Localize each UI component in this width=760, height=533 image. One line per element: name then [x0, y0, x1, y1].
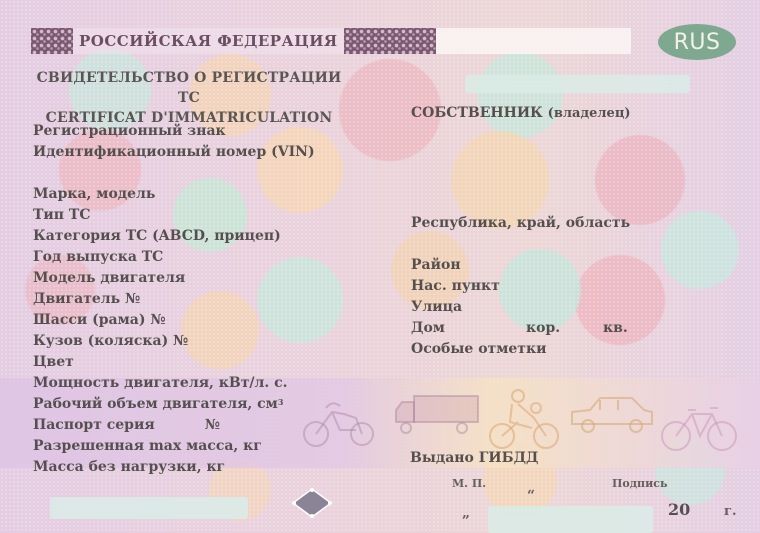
document-title-ru: СВИДЕТЕЛЬСТВО О РЕГИСТРАЦИИ ТС	[33, 68, 345, 108]
owner-heading: СОБСТВЕННИК (владелец)	[411, 105, 631, 121]
redacted-field-date	[488, 506, 653, 533]
vehicle-fields: Регистрационный знак Идентификационный н…	[33, 121, 315, 478]
field-region: Республика, край, область	[411, 213, 630, 234]
field-chassis-number: Шасси (рама) №	[33, 310, 315, 331]
field-apartment: кв.	[603, 318, 628, 339]
field-locality: Нас. пункт	[411, 276, 630, 297]
superscript-3: 3	[278, 397, 284, 407]
field-engine-model: Модель двигателя	[33, 268, 315, 289]
field-year: Год выпуска ТС	[33, 247, 315, 268]
redacted-field-bottom-left	[50, 497, 248, 519]
motorbike-rider-icon	[488, 388, 560, 452]
lace-ornament-left	[31, 28, 73, 54]
field-passport-label: Паспорт серия	[33, 417, 155, 433]
field-unladen-mass: Масса без нагрузки, кг	[33, 457, 315, 478]
field-category: Категория ТС (ABCD, прицеп)	[33, 226, 315, 247]
field-spacer	[411, 234, 630, 255]
field-make-model: Марка, модель	[33, 184, 315, 205]
bicycle-icon	[660, 406, 740, 452]
owner-title: СОБСТВЕННИК	[411, 105, 543, 121]
year-prefix: 20	[668, 500, 690, 519]
lace-ornament-right	[344, 28, 436, 54]
field-passport-number-sign: №	[205, 417, 220, 433]
document-title: СВИДЕТЕЛЬСТВО О РЕГИСТРАЦИИ ТС CERTIFICA…	[33, 68, 345, 128]
field-vehicle-type: Тип ТС	[33, 205, 315, 226]
field-engine-displacement-label: Рабочий объем двигателя, см	[33, 396, 278, 412]
redacted-field-top	[465, 75, 690, 93]
field-spacer	[33, 163, 315, 184]
field-building: кор.	[526, 318, 560, 339]
field-street: Улица	[411, 297, 630, 318]
signature-label: Подпись	[612, 477, 667, 490]
country-header-band: РОССИЙСКАЯ ФЕДЕРАЦИЯ	[31, 28, 631, 54]
seal-label: М. П.	[452, 477, 486, 490]
field-body-number: Кузов (коляска) №	[33, 331, 315, 352]
car-icon	[570, 396, 654, 436]
field-house: Дом	[411, 318, 445, 339]
field-engine-displacement: Рабочий объем двигателя, см3	[33, 394, 315, 415]
date-open-quote: “	[527, 488, 535, 504]
owner-fields: Республика, край, область Район Нас. пун…	[411, 213, 630, 360]
field-special-notes: Особые отметки	[411, 339, 630, 360]
date-close-quote: „	[462, 505, 470, 521]
field-registration-plate: Регистрационный знак	[33, 121, 315, 142]
field-district: Район	[411, 255, 630, 276]
field-max-mass: Разрешенная max масса, кг	[33, 436, 315, 457]
field-color: Цвет	[33, 352, 315, 373]
field-engine-power: Мощность двигателя, кВт/л. с.	[33, 373, 315, 394]
owner-subtitle: (владелец)	[548, 106, 631, 121]
year-suffix: г.	[724, 504, 737, 519]
header-blank-field	[436, 28, 631, 54]
field-passport: Паспорт серия№	[33, 415, 315, 436]
country-code-badge: RUS	[658, 24, 736, 60]
field-engine-number: Двигатель №	[33, 289, 315, 310]
truck-icon	[392, 392, 482, 440]
field-address-line: Дом кор. кв.	[411, 318, 630, 339]
field-vin: Идентификационный номер (VIN)	[33, 142, 315, 163]
country-name: РОССИЙСКАЯ ФЕДЕРАЦИЯ	[73, 28, 344, 54]
hologram-diamond-icon	[291, 487, 333, 519]
issued-by-label: Выдано ГИБДД	[410, 450, 538, 466]
